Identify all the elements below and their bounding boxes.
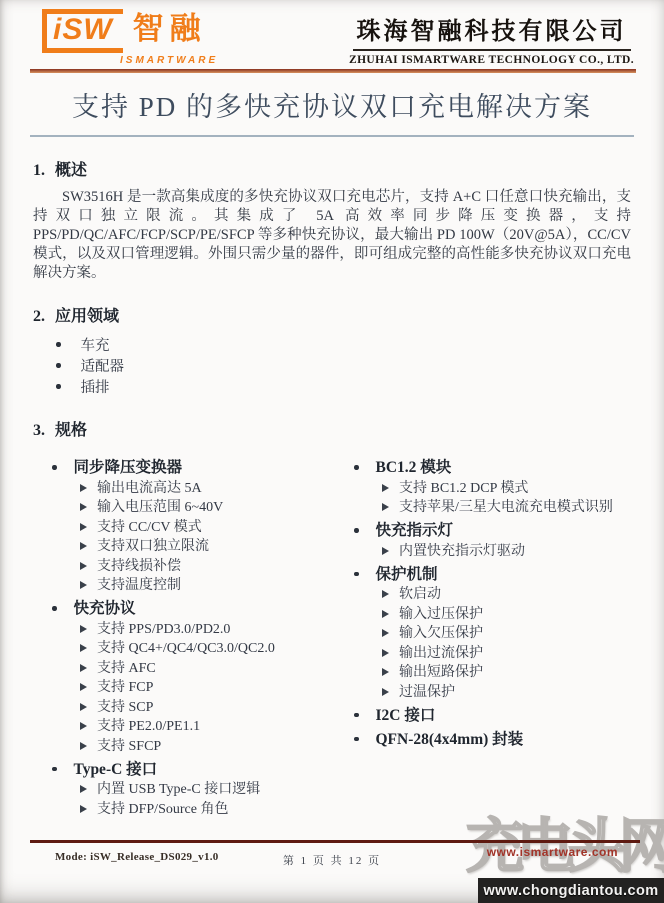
spec-item: 输出短路保护 [354, 664, 626, 682]
arrow-bullet-icon [382, 547, 389, 555]
spec-group: QFN-28(4x4mm) 封装 [354, 729, 626, 750]
arrow-bullet-icon [382, 503, 389, 511]
spec-item-label: 内置 USB Type-C 接口逻辑 [97, 781, 260, 799]
spec-group-title: BC1.2 模块 [354, 457, 626, 478]
bullet-icon [354, 713, 359, 718]
arrow-bullet-icon [382, 610, 389, 618]
section-label: 概述 [55, 162, 87, 179]
list-item-label: 适配器 [81, 355, 125, 376]
overview-paragraph: SW3516H 是一款高集成度的多快充协议双口充电芯片，支持 A+C 口任意口快… [33, 188, 631, 283]
bullet-icon [354, 528, 359, 533]
spec-item-label: 支持 SFCP [97, 738, 161, 756]
spec-item-label: 输入过压保护 [399, 606, 483, 624]
spec-item-label: 输出电流高达 5A [97, 480, 202, 498]
spec-group: 保护机制 软启动 输入过压保护 输入欠压保护 输出过流保护 输出短路保护 过温保… [354, 564, 626, 702]
datasheet-page: iSW 智融 ISMARTWARE 珠海智融科技有限公司 ZHUHAI ISMA… [0, 0, 664, 903]
section-heading-specs: 3.规格 [33, 417, 664, 440]
spec-group-label: 快充协议 [74, 598, 136, 619]
section-heading-overview: 1.概述 [33, 157, 664, 180]
spec-item: 支持 PE2.0/PE1.1 [52, 718, 354, 736]
arrow-bullet-icon [80, 785, 87, 793]
arrow-bullet-icon [80, 523, 87, 531]
spec-item-label: 支持 BC1.2 DCP 模式 [399, 480, 528, 498]
spec-item: 输入电压范围 6~40V [52, 499, 354, 517]
list-item-label: 车充 [81, 334, 110, 355]
spec-group: 快充协议 支持 PPS/PD3.0/PD2.0 支持 QC4+/QC4/QC3.… [52, 598, 354, 756]
spec-item: 支持 DFP/Source 角色 [52, 801, 354, 819]
spec-group: 同步降压变换器 输出电流高达 5A 输入电压范围 6~40V 支持 CC/CV … [52, 457, 354, 595]
arrow-bullet-icon [80, 703, 87, 711]
bullet-icon [354, 465, 359, 470]
spec-group-title: I2C 接口 [354, 705, 626, 726]
spec-item-label: 支持 QC4+/QC4/QC3.0/QC2.0 [97, 640, 275, 658]
spec-item: 内置 USB Type-C 接口逻辑 [52, 781, 354, 799]
section-label: 规格 [55, 422, 87, 439]
list-item-label: 插排 [81, 376, 110, 397]
page-header: iSW 智融 ISMARTWARE 珠海智融科技有限公司 ZHUHAI ISMA… [0, 0, 664, 66]
arrow-bullet-icon [80, 542, 87, 550]
spec-item-label: 支持温度控制 [97, 577, 181, 595]
spec-item-label: 支持 SCP [97, 699, 153, 717]
spec-item: 支持 PPS/PD3.0/PD2.0 [52, 621, 354, 639]
header-divider [30, 69, 636, 73]
spec-item-label: 内置快充指示灯驱动 [399, 543, 525, 561]
spec-item-label: 软启动 [399, 586, 441, 604]
arrow-bullet-icon [80, 503, 87, 511]
section-label: 应用领域 [55, 308, 119, 325]
arrow-bullet-icon [382, 688, 389, 696]
spec-column-left: 同步降压变换器 输出电流高达 5A 输入电压范围 6~40V 支持 CC/CV … [52, 454, 354, 819]
arrow-bullet-icon [80, 484, 87, 492]
section-number: 1. [33, 162, 45, 179]
list-item: 车充 [56, 334, 664, 355]
spec-item-label: 支持 AFC [97, 660, 156, 678]
arrow-bullet-icon [80, 805, 87, 813]
bullet-icon [56, 342, 61, 347]
section-number: 3. [33, 422, 45, 439]
spec-item: 支持 AFC [52, 660, 354, 678]
spec-group-title: QFN-28(4x4mm) 封装 [354, 729, 626, 750]
isw-logo-icon: iSW [42, 9, 123, 53]
spec-group-label: Type-C 接口 [74, 759, 158, 780]
list-item: 适配器 [56, 355, 664, 376]
company-name-en: ZHUHAI ISMARTWARE TECHNOLOGY CO., LTD. [349, 54, 634, 66]
bullet-icon [52, 606, 57, 611]
arrow-bullet-icon [382, 668, 389, 676]
spec-item: 输出过流保护 [354, 645, 626, 663]
spec-item-label: 输出短路保护 [399, 664, 483, 682]
spec-item-label: 支持 FCP [97, 679, 153, 697]
ismartware-logo: iSW 智融 ISMARTWARE [42, 9, 218, 66]
document-title: 支持 PD 的多快充协议双口充电解决方案 [0, 85, 664, 124]
arrow-bullet-icon [382, 590, 389, 598]
ismartware-url-watermark: www.ismartware.com [487, 845, 618, 859]
title-divider [30, 135, 634, 137]
bullet-icon [56, 363, 61, 368]
spec-item: 支持双口独立限流 [52, 538, 354, 556]
footer-divider [30, 840, 640, 843]
spec-item: 支持苹果/三星大电流充电模式识别 [354, 499, 626, 517]
arrow-bullet-icon [80, 625, 87, 633]
arrow-bullet-icon [80, 742, 87, 750]
spec-item-label: 支持 PPS/PD3.0/PD2.0 [97, 621, 230, 639]
application-list: 车充 适配器 插排 [56, 334, 664, 397]
spec-group: 快充指示灯 内置快充指示灯驱动 [354, 520, 626, 561]
spec-group-label: QFN-28(4x4mm) 封装 [376, 729, 524, 750]
spec-group-label: 快充指示灯 [376, 520, 454, 541]
arrow-bullet-icon [80, 683, 87, 691]
bullet-icon [354, 572, 359, 577]
spec-group-title: Type-C 接口 [52, 759, 354, 780]
spec-item: 支持 QC4+/QC4/QC3.0/QC2.0 [52, 640, 354, 658]
spec-item: 支持 FCP [52, 679, 354, 697]
spec-item-label: 输出过流保护 [399, 645, 483, 663]
spec-item: 输出电流高达 5A [52, 480, 354, 498]
company-name-cn: 珠海智融科技有限公司 [353, 11, 631, 51]
arrow-bullet-icon [80, 664, 87, 672]
logo-wordmark: ISMARTWARE [120, 55, 218, 66]
arrow-bullet-icon [382, 629, 389, 637]
section-heading-applications: 2.应用领域 [33, 303, 664, 326]
spec-group-title: 快充指示灯 [354, 520, 626, 541]
spec-item-label: 支持线损补偿 [97, 558, 181, 576]
logo-chinese-name: 智融 [133, 9, 207, 49]
spec-group: BC1.2 模块 支持 BC1.2 DCP 模式 支持苹果/三星大电流充电模式识… [354, 457, 626, 517]
arrow-bullet-icon [80, 722, 87, 730]
arrow-bullet-icon [80, 644, 87, 652]
spec-item: 过温保护 [354, 684, 626, 702]
list-item: 插排 [56, 376, 664, 397]
spec-item: 支持 SCP [52, 699, 354, 717]
bullet-icon [56, 384, 61, 389]
section-number: 2. [33, 308, 45, 325]
spec-item: 软启动 [354, 586, 626, 604]
spec-group-title: 快充协议 [52, 598, 354, 619]
spec-item-label: 过温保护 [399, 684, 455, 702]
spec-group: I2C 接口 [354, 705, 626, 726]
spec-item: 输入欠压保护 [354, 625, 626, 643]
spec-item: 支持线损补偿 [52, 558, 354, 576]
spec-columns: 同步降压变换器 输出电流高达 5A 输入电压范围 6~40V 支持 CC/CV … [52, 454, 646, 819]
arrow-bullet-icon [80, 581, 87, 589]
spec-item: 内置快充指示灯驱动 [354, 543, 626, 561]
spec-item: 输入过压保护 [354, 606, 626, 624]
spec-item-label: 输入欠压保护 [399, 625, 483, 643]
spec-group-title: 保护机制 [354, 564, 626, 585]
chongdiantou-url-text: www.chongdiantou.com [483, 883, 658, 899]
company-name-block: 珠海智融科技有限公司 ZHUHAI ISMARTWARE TECHNOLOGY … [349, 9, 634, 66]
spec-item: 支持 CC/CV 模式 [52, 519, 354, 537]
spec-item-label: 支持苹果/三星大电流充电模式识别 [399, 499, 613, 517]
chongdiantou-url-bar: www.chongdiantou.com [478, 878, 664, 903]
spec-item-label: 支持 CC/CV 模式 [97, 519, 202, 537]
spec-item-label: 支持 PE2.0/PE1.1 [97, 718, 200, 736]
spec-group-label: I2C 接口 [376, 705, 436, 726]
bullet-icon [52, 465, 57, 470]
spec-group-label: 保护机制 [376, 564, 438, 585]
spec-item-label: 支持双口独立限流 [97, 538, 209, 556]
spec-group-title: 同步降压变换器 [52, 457, 354, 478]
arrow-bullet-icon [382, 484, 389, 492]
bullet-icon [354, 737, 359, 742]
spec-group-label: 同步降压变换器 [74, 457, 183, 478]
logo-row: iSW 智融 [42, 9, 218, 53]
spec-group: Type-C 接口 内置 USB Type-C 接口逻辑 支持 DFP/Sour… [52, 759, 354, 819]
spec-item-label: 输入电压范围 6~40V [97, 499, 223, 517]
spec-item: 支持温度控制 [52, 577, 354, 595]
bullet-icon [52, 767, 57, 772]
spec-item: 支持 SFCP [52, 738, 354, 756]
spec-column-right: BC1.2 模块 支持 BC1.2 DCP 模式 支持苹果/三星大电流充电模式识… [354, 454, 626, 819]
spec-group-label: BC1.2 模块 [376, 457, 452, 478]
arrow-bullet-icon [382, 649, 389, 657]
arrow-bullet-icon [80, 562, 87, 570]
spec-item-label: 支持 DFP/Source 角色 [97, 801, 228, 819]
spec-item: 支持 BC1.2 DCP 模式 [354, 480, 626, 498]
